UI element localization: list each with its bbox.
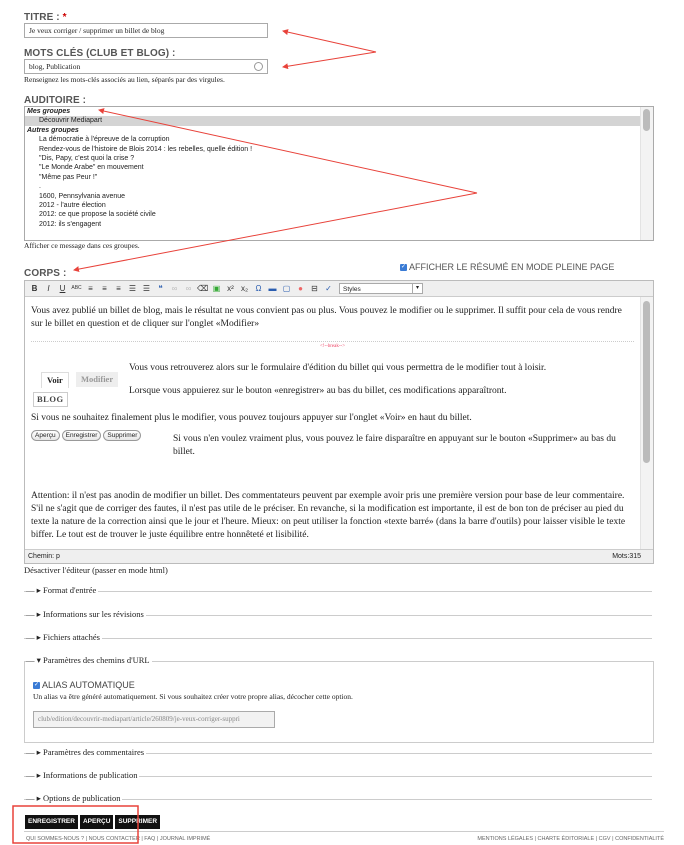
group-option[interactable]: "Même pas Peur !"	[25, 173, 653, 182]
group-option[interactable]: 2012 - l'autre élection	[25, 201, 653, 210]
form-actions: ENREGISTRER APERÇU SUPPRIMER	[25, 815, 160, 829]
group-option[interactable]: "Le Monde Arabe" en mouvement	[25, 163, 653, 172]
preview-button[interactable]: APERÇU	[80, 815, 113, 829]
group-option[interactable]: .	[25, 182, 653, 191]
content-paragraph: Attention: il n'est pas anodin de modifi…	[31, 490, 634, 542]
autocomplete-icon	[254, 62, 263, 71]
fieldset-publication-info[interactable]: — ▸ Informations de publication	[26, 770, 139, 781]
summary-fullpage-option[interactable]: ✓ AFFICHER LE RÉSUMÉ EN MODE PLEINE PAGE	[400, 262, 614, 272]
content-paragraph: Vous avez publié un billet de blog, mais…	[31, 305, 634, 331]
editor-scrollbar[interactable]	[640, 297, 653, 549]
keywords-help: Renseignez les mots-clés associés au lie…	[24, 75, 225, 84]
fullscreen-icon[interactable]: ●	[295, 283, 306, 294]
title-label: TITRE : *	[24, 12, 67, 23]
footer-links-left: QUI SOMMES-NOUS ? | NOUS CONTACTER | FAQ…	[26, 836, 210, 842]
link-icon[interactable]: ∞	[169, 283, 180, 294]
save-button[interactable]: ENREGISTRER	[25, 815, 78, 829]
footer-link[interactable]: QUI SOMMES-NOUS ?	[26, 836, 84, 842]
italic-icon[interactable]: I	[43, 283, 54, 294]
styles-dropdown[interactable]: Styles▾	[339, 283, 423, 294]
word-count: Mots:315	[612, 550, 641, 563]
tab-voir-image: Voir	[41, 372, 69, 388]
keywords-input[interactable]: blog, Publication	[24, 59, 268, 74]
numbered-list-icon[interactable]: ☰	[141, 283, 152, 294]
footer-link[interactable]: NOUS CONTACTER	[89, 836, 140, 842]
fieldset-format[interactable]: — ▸ Format d'entrée	[26, 585, 98, 596]
fieldset-url-paths	[24, 661, 654, 743]
fieldset-comments[interactable]: — ▸ Paramètres des commentaires	[26, 747, 146, 758]
rich-text-editor[interactable]: BIUABC≡≡≡☰☰❝∞∞⌫▣x²x₂Ω▬▢●⊟✓Styles▾ Vous a…	[24, 280, 654, 564]
fieldset-revisions[interactable]: — ▸ Informations sur les révisions	[26, 609, 146, 620]
editor-content[interactable]: Vous avez publié un billet de blog, mais…	[25, 297, 640, 549]
group-option[interactable]: "Dis, Papy, c'est quoi la crise ?	[25, 154, 653, 163]
chevron-down-icon: ▾	[412, 284, 422, 293]
group-option[interactable]: Rendez-vous de l'histoire de Blois 2014 …	[25, 145, 653, 154]
disable-editor-link[interactable]: Désactiver l'éditeur (passer en mode htm…	[24, 565, 168, 575]
bullet-list-icon[interactable]: ☰	[127, 283, 138, 294]
blog-badge-image: BLOG	[33, 392, 68, 407]
url-alias-input[interactable]: club/edition/decouvrir-mediapart/article…	[33, 711, 275, 728]
content-paragraph: Si vous n'en voulez vraiment plus, vous …	[173, 433, 634, 459]
superscript-icon[interactable]: x²	[225, 283, 236, 294]
group-option[interactable]: 2012: ce que propose la société civile	[25, 210, 653, 219]
footer-link[interactable]: CONFIDENTIALITÉ	[615, 836, 664, 842]
footer-link[interactable]: CHARTE ÉDITORIALE	[538, 836, 595, 842]
unlink-icon[interactable]: ∞	[183, 283, 194, 294]
group-option[interactable]: La démocratie à l'épreuve de la corrupti…	[25, 135, 653, 144]
groups-scrollbar[interactable]	[640, 107, 653, 240]
align-left-icon[interactable]: ≡	[85, 283, 96, 294]
align-right-icon[interactable]: ≡	[113, 283, 124, 294]
footer-link[interactable]: JOURNAL IMPRIMÉ	[160, 836, 211, 842]
fieldset-line	[24, 591, 652, 592]
eraser-icon[interactable]: ⌫	[197, 283, 208, 294]
image-icon[interactable]: ▣	[211, 283, 222, 294]
footer-link[interactable]: MENTIONS LÉGALES	[477, 836, 533, 842]
editor-statusbar: Chemin: p Mots:315	[25, 549, 653, 563]
content-paragraph: Vous vous retrouverez alors sur le formu…	[129, 362, 546, 375]
illustration-button: Enregistrer	[62, 430, 102, 441]
buttons-illustration: AperçuEnregistrerSupprimer	[31, 428, 173, 459]
fieldset-attachments[interactable]: — ▸ Fichiers attachés	[26, 632, 102, 643]
strikethrough-icon[interactable]: ABC	[71, 283, 82, 294]
title-input[interactable]: Je veux corriger / supprimer un billet d…	[24, 23, 268, 38]
fieldset-line	[24, 638, 652, 639]
break-marker: <!--break-->	[31, 341, 634, 358]
checkbox-checked-icon[interactable]: ✓	[400, 264, 407, 271]
alias-auto-option[interactable]: ✓ ALIAS AUTOMATIQUE	[33, 680, 135, 690]
group-option[interactable]: 2012: ils s'engagent	[25, 220, 653, 229]
illustration-button: Supprimer	[103, 430, 141, 441]
spellcheck-icon[interactable]: ✓	[323, 283, 334, 294]
footer-link[interactable]: FAQ	[144, 836, 155, 842]
align-center-icon[interactable]: ≡	[99, 283, 110, 294]
footer-divider	[24, 831, 664, 832]
page-break-icon[interactable]: ⊟	[309, 283, 320, 294]
audience-help: Afficher ce message dans ces groupes.	[24, 241, 140, 250]
group-option[interactable]: Découvrir Mediapart	[25, 116, 653, 125]
underline-icon[interactable]: U	[57, 283, 68, 294]
editor-toolbar: BIUABC≡≡≡☰☰❝∞∞⌫▣x²x₂Ω▬▢●⊟✓Styles▾	[25, 281, 653, 297]
audience-groups-list[interactable]: Mes groupesDécouvrir MediapartAutres gro…	[24, 106, 654, 241]
group-header: Autres groupes	[25, 126, 653, 135]
footer-link[interactable]: CGV	[599, 836, 611, 842]
special-char-icon[interactable]: Ω	[253, 283, 264, 294]
content-paragraph: Lorsque vous appuierez sur le bouton «en…	[129, 385, 546, 398]
fieldset-publication-options[interactable]: — ▸ Options de publication	[26, 793, 122, 804]
subscript-icon[interactable]: x₂	[239, 283, 250, 294]
horizontal-rule-icon[interactable]: ▬	[267, 283, 278, 294]
bold-icon[interactable]: B	[29, 283, 40, 294]
element-path: Chemin: p	[28, 550, 60, 563]
delete-button[interactable]: SUPPRIMER	[115, 815, 160, 829]
group-option[interactable]: 1600, Pennsylvania avenue	[25, 192, 653, 201]
footer-links-right: MENTIONS LÉGALES | CHARTE ÉDITORIALE | C…	[477, 836, 664, 842]
audience-label: AUDITOIRE :	[24, 95, 86, 106]
keywords-label: MOTS CLÉS (CLUB ET BLOG) :	[24, 48, 175, 59]
illustration-button: Aperçu	[31, 430, 60, 441]
fieldset-url-paths-legend[interactable]: — ▾ Paramètres des chemins d'URL	[26, 655, 152, 666]
tabs-illustration: Voir Modifier BLOG	[31, 362, 129, 406]
group-header: Mes groupes	[25, 107, 653, 116]
alias-help: Un alias va être généré automatiquement.…	[33, 692, 353, 701]
tab-modifier-image: Modifier	[76, 372, 118, 387]
blockquote-icon[interactable]: ❝	[155, 283, 166, 294]
content-paragraph: Si vous ne souhaitez finalement plus le …	[31, 412, 634, 425]
checkbox-checked-icon[interactable]: ✓	[33, 682, 40, 689]
media-icon[interactable]: ▢	[281, 283, 292, 294]
body-label: CORPS :	[24, 268, 66, 279]
